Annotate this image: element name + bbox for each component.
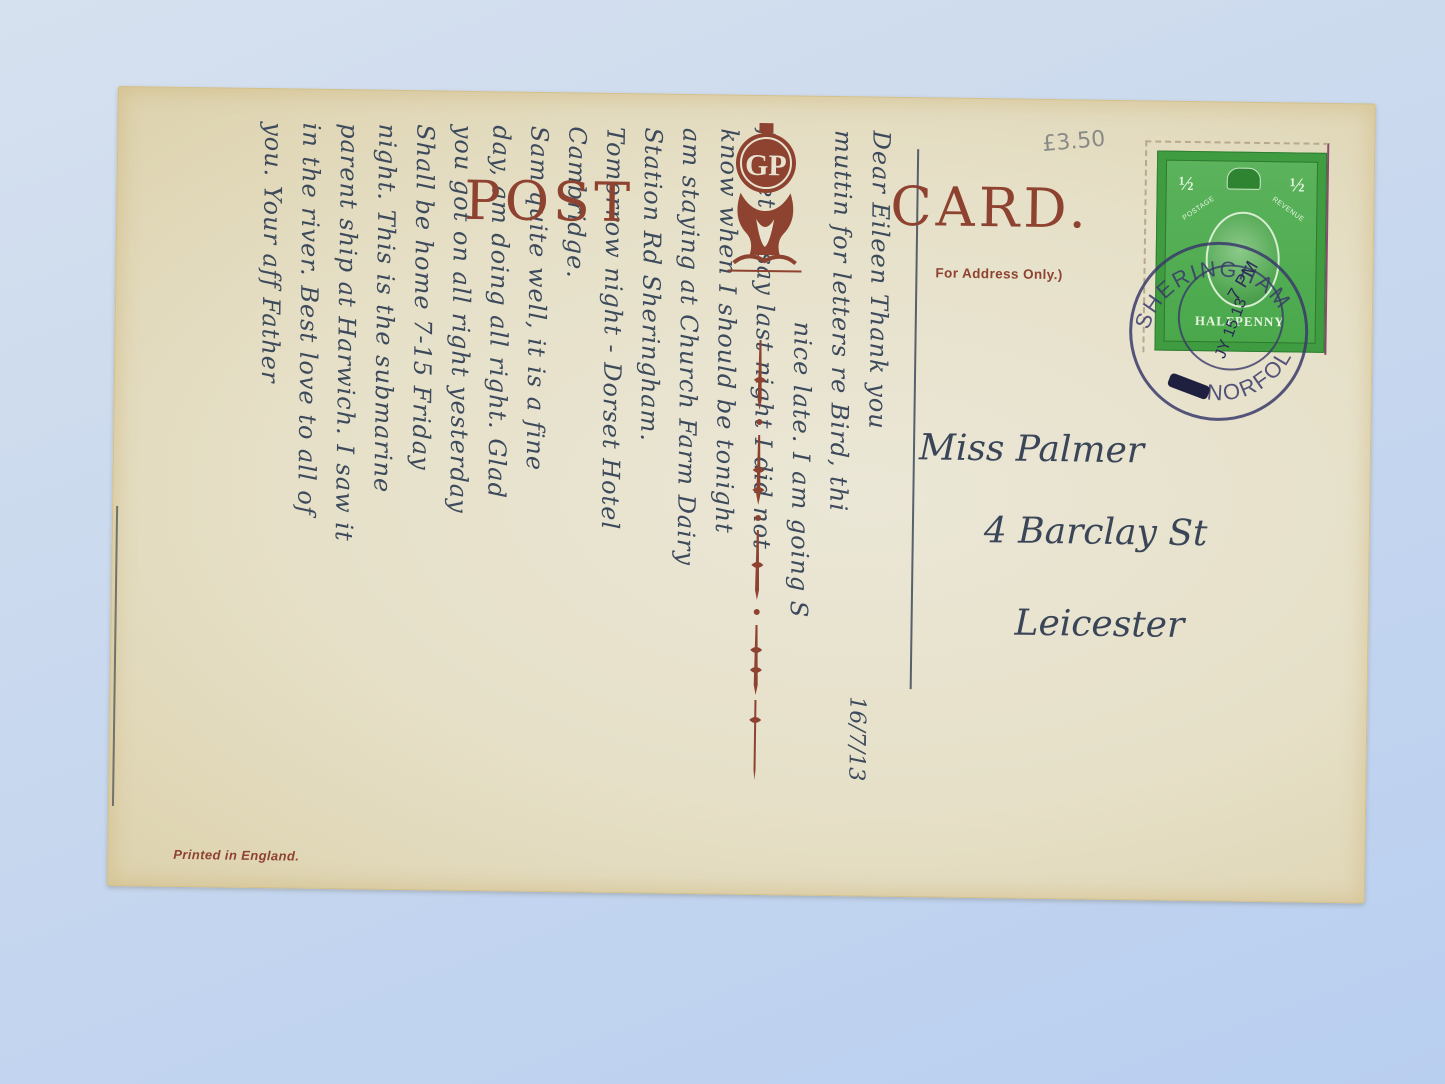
message-line: you. Your aff Father: [258, 122, 286, 384]
message-line: Dear Eileen Thank you: [865, 130, 893, 429]
address-only-note: For Address Only.): [935, 265, 1062, 282]
message-line: Shall be home 7-15 Friday: [409, 124, 438, 471]
title-card: CARD.: [890, 175, 1090, 241]
svg-text:SHERINGHAM: SHERINGHAM: [1129, 255, 1297, 335]
message-line: am staying at Church Farm Dairy: [673, 128, 703, 566]
message-line: muttin for letters re Bird, thi: [826, 130, 855, 512]
message-date: 16/7/13: [843, 696, 869, 781]
pencil-price: £3.50: [1041, 127, 1106, 158]
stamp-label-revenue: REVENUE: [1271, 196, 1305, 224]
postcard: Dear Eileen Thank youmuttin for letters …: [107, 86, 1376, 903]
signature-underline: [112, 506, 118, 806]
svg-text:JY 15 13: JY 15 13: [1212, 296, 1250, 361]
address-city: Leicester: [1014, 603, 1184, 646]
message-line: nice late. I am going S: [787, 321, 815, 618]
address-street: 4 Barclay St: [984, 510, 1208, 554]
message-line: parent ship at Harwich. I saw it: [332, 123, 362, 542]
stamp-denomination-left: ½: [1179, 173, 1194, 196]
stamp-label-postage: POSTAGE: [1182, 195, 1216, 221]
crown-icon: [1227, 167, 1261, 189]
printed-in-england: Printed in England.: [173, 847, 299, 864]
title-post: POST: [464, 169, 634, 234]
svg-text:GP: GP: [745, 149, 787, 183]
message-line: in the river. Best love to all of: [294, 123, 323, 516]
message-line: Station Rd Sheringham.: [637, 127, 665, 442]
address-name: Miss Palmer: [919, 427, 1145, 471]
handwritten-message: Dear Eileen Thank youmuttin for letters …: [118, 86, 1376, 104]
stamp-denomination-right: ½: [1290, 174, 1305, 197]
message-line: night. This is the submarine: [370, 124, 399, 494]
postmark-icon: SHERINGHAM NORFOLK 7 PM JY 15 13: [1117, 220, 1320, 423]
gp-monogram-icon: GP: [727, 123, 803, 274]
